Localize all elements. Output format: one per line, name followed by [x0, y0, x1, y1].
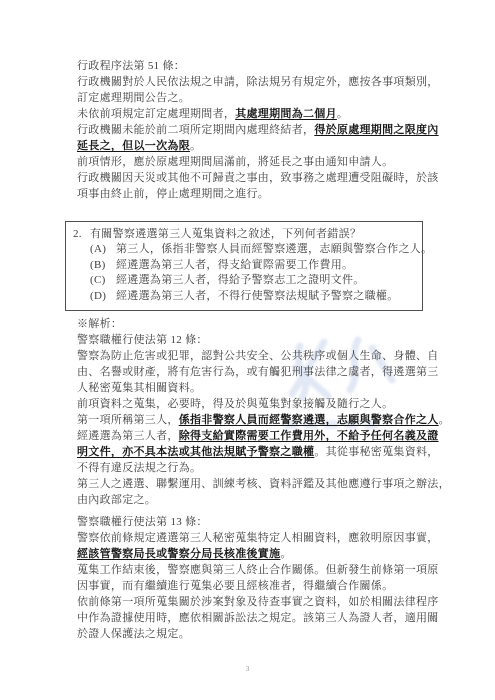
text-line: 經該管警察局長或警察分局長核准後實施。 [77, 546, 439, 562]
plain-text: 中作為證據使用時，應依相關訴訟法之規定。該第三人為證人者，適用關 [77, 612, 439, 624]
option-text: 經遴選為第三人者，得給予警察志工之證明文件。 [116, 273, 416, 288]
option-label: (C) [90, 273, 116, 288]
plain-text: 依前條第一項所蒐集關於涉案對象及待查事實之資料，如於相關法律程序 [77, 596, 439, 608]
option-text: 經遴選為第三人者，得支給實際需要工作費用。 [116, 258, 416, 273]
text-line: 人秘密蒐集其相關資料。 [77, 380, 439, 396]
plain-text: 警察職權行使法第 12 條： [77, 334, 208, 346]
plain-text: 因事實，而有繼續進行蒐集必要且經核准者，得繼續合作關係。 [77, 580, 393, 592]
question-option: (D)經遴選為第三人者，不得行使警察法規賦予警察之職權。 [73, 289, 416, 304]
text-line: 警察依前條規定遴選第三人秘密蒐集特定人相關資料，應敘明原因事實， [77, 530, 439, 546]
text-line: 前項情形，應於原處理期間屆滿前，將延長之事由通知申請人。 [77, 154, 439, 170]
plain-text: 行政程序法第 51 條： [77, 60, 185, 72]
option-label: (A) [90, 242, 116, 257]
page-number: 3 [0, 665, 495, 673]
emphasis-text: 除得支給實際需要工作費用外，不給予任何名義及證 [179, 430, 439, 442]
text-line: 前項資料之蒐集，必要時，得及於與蒐集對象接觸及隨行之人。 [77, 396, 439, 412]
emphasis-text: 經該管警察局長或警察分局長核准後實施 [77, 548, 280, 560]
plain-text: 行政機關對於人民依法規之申請，除法規另有規定外，應按各事項類別， [77, 76, 439, 88]
text-line: ※解析： [77, 316, 439, 332]
question-stem-row: 2.有關警察遴選第三人蒐集資料之敘述，下列何者錯誤？ [73, 227, 416, 242]
option-label: (D) [90, 289, 116, 304]
text-line: 警察職權行使法第 13 條： [77, 514, 439, 530]
text-line: 項事由終止前，停止處理期間之進行。 [77, 186, 439, 202]
law-article-51: 行政程序法第 51 條：行政機關對於人民依法規之申請，除法規另有規定外，應按各事… [77, 58, 439, 202]
plain-text: 。 [439, 414, 450, 426]
emphasis-text: 其處理期間為二個月 [235, 108, 337, 120]
plain-text: 。 [190, 140, 201, 152]
text-line: 中作為證據使用時，應依相關訴訟法之規定。該第三人為證人者，適用關 [77, 610, 439, 626]
plain-text: 警察依前條規定遴選第三人秘密蒐集特定人相關資料，應敘明原因事實， [77, 532, 439, 544]
plain-text: 第三人之遴選、聯繫運用、訓練考核、資料評鑑及其他應遵行事項之辦法， [77, 478, 450, 490]
plain-text: 由內政部定之。 [77, 494, 156, 506]
plain-text: 警察職權行使法第 13 條： [77, 516, 208, 528]
document-body: 行政程序法第 51 條：行政機關對於人民依法規之申請，除法規另有規定外，應按各事… [77, 58, 439, 642]
plain-text: 人秘密蒐集其相關資料。 [77, 382, 201, 394]
plain-text: 未依前項規定訂定處理期間者， [77, 108, 235, 120]
plain-text: 行政機關未能於前二項所定期間內處理終結者， [77, 124, 314, 136]
document-page: 行政程序法第 51 條：行政機關對於人民依法規之申請，除法規另有規定外，應按各事… [0, 0, 495, 700]
question-2-box: 2.有關警察遴選第三人蒐集資料之敘述，下列何者錯誤？(A)第三人，係指非警察人員… [65, 221, 423, 311]
plain-text: 訂定處理期間公告之。 [77, 92, 190, 104]
text-line: 由、名譽或財產，將有危害行為，或有觸犯刑事法律之虞者，得遴選第三 [77, 364, 439, 380]
question-number: 2. [73, 227, 90, 242]
text-line: 經遴選為第三人者，除得支給實際需要工作費用外，不給予任何名義及證 [77, 428, 439, 444]
plain-text: 。 [337, 108, 348, 120]
text-line: 蒐集工作結束後，警察應與第三人終止合作關係。但新發生前條第一項原 [77, 562, 439, 578]
option-label: (B) [90, 258, 116, 273]
text-line: 行政程序法第 51 條： [77, 58, 439, 74]
text-line: 行政機關未能於前二項所定期間內處理終結者，得於原處理期間之限度內 [77, 122, 439, 138]
plain-text: 於證人保護法之規定。 [77, 628, 190, 640]
text-line: 於證人保護法之規定。 [77, 626, 439, 642]
plain-text: ※解析： [77, 318, 122, 330]
plain-text: 第一項所稱第三人， [77, 414, 179, 426]
option-text: 第三人，係指非警察人員而經警察遴選，志願與警察合作之人。 [116, 242, 432, 257]
question-option: (C)經遴選為第三人者，得給予警察志工之證明文件。 [73, 273, 416, 288]
plain-text: 。其從事秘密蒐集資料， [314, 446, 438, 458]
text-line: 第三人之遴選、聯繫運用、訓練考核、資料評鑑及其他應遵行事項之辦法， [77, 476, 439, 492]
question-option: (A)第三人，係指非警察人員而經警察遴選，志願與警察合作之人。 [73, 242, 416, 257]
emphasis-text: 明文件，亦不具本法或其他法規賦予警察之職權 [77, 446, 314, 458]
plain-text: 警察為防止危害或犯罪，認對公共安全、公共秩序或個人生命、身體、自 [77, 350, 439, 362]
plain-text: 前項情形，應於原處理期間屆滿前，將延長之事由通知申請人。 [77, 156, 393, 168]
text-line: 訂定處理期間公告之。 [77, 90, 439, 106]
text-line: 由內政部定之。 [77, 492, 439, 508]
text-line: 明文件，亦不具本法或其他法規賦予警察之職權。其從事秘密蒐集資料， [77, 444, 439, 460]
text-line: 警察為防止危害或犯罪，認對公共安全、公共秩序或個人生命、身體、自 [77, 348, 439, 364]
plain-text: 前項資料之蒐集，必要時，得及於與蒐集對象接觸及隨行之人。 [77, 398, 393, 410]
text-line: 行政機關對於人民依法規之申請，除法規另有規定外，應按各事項類別， [77, 74, 439, 90]
text-line: 依前條第一項所蒐集關於涉案對象及待查事實之資料，如於相關法律程序 [77, 594, 439, 610]
text-line: 不得有違反法規之行為。 [77, 460, 439, 476]
plain-text: 項事由終止前，停止處理期間之進行。 [77, 188, 269, 200]
text-line: 延長之，但以一次為限。 [77, 138, 439, 154]
plain-text: 。 [280, 548, 291, 560]
plain-text: 行政機關因天災或其他不可歸責之事由，致事務之處理遭受阻礙時，於該 [77, 172, 439, 184]
emphasis-text: 係指非警察人員而經警察遴選，志願與警察合作之人 [179, 414, 439, 426]
plain-text: 經遴選為第三人者， [77, 430, 179, 442]
question-stem: 有關警察遴選第三人蒐集資料之敘述，下列何者錯誤？ [90, 227, 416, 242]
text-line: 警察職權行使法第 12 條： [77, 332, 439, 348]
plain-text: 蒐集工作結束後，警察應與第三人終止合作關係。但新發生前條第一項原 [77, 564, 439, 576]
emphasis-text: 延長之，但以一次為限 [77, 140, 190, 152]
law-article-13: 警察職權行使法第 13 條：警察依前條規定遴選第三人秘密蒐集特定人相關資料，應敘… [77, 514, 439, 642]
plain-text: 由、名譽或財產，將有危害行為，或有觸犯刑事法律之虞者，得遴選第三 [77, 366, 439, 378]
analysis-article-12: ※解析：警察職權行使法第 12 條：警察為防止危害或犯罪，認對公共安全、公共秩序… [77, 316, 439, 508]
text-line: 第一項所稱第三人，係指非警察人員而經警察遴選，志願與警察合作之人。 [77, 412, 439, 428]
plain-text: 不得有違反法規之行為。 [77, 462, 201, 474]
text-line: 未依前項規定訂定處理期間者，其處理期間為二個月。 [77, 106, 439, 122]
text-line: 因事實，而有繼續進行蒐集必要且經核准者，得繼續合作關係。 [77, 578, 439, 594]
option-text: 經遴選為第三人者，不得行使警察法規賦予警察之職權。 [116, 289, 416, 304]
question-option: (B)經遴選為第三人者，得支給實際需要工作費用。 [73, 258, 416, 273]
text-line: 行政機關因天災或其他不可歸責之事由，致事務之處理遭受阻礙時，於該 [77, 170, 439, 186]
emphasis-text: 得於原處理期間之限度內 [314, 124, 438, 136]
